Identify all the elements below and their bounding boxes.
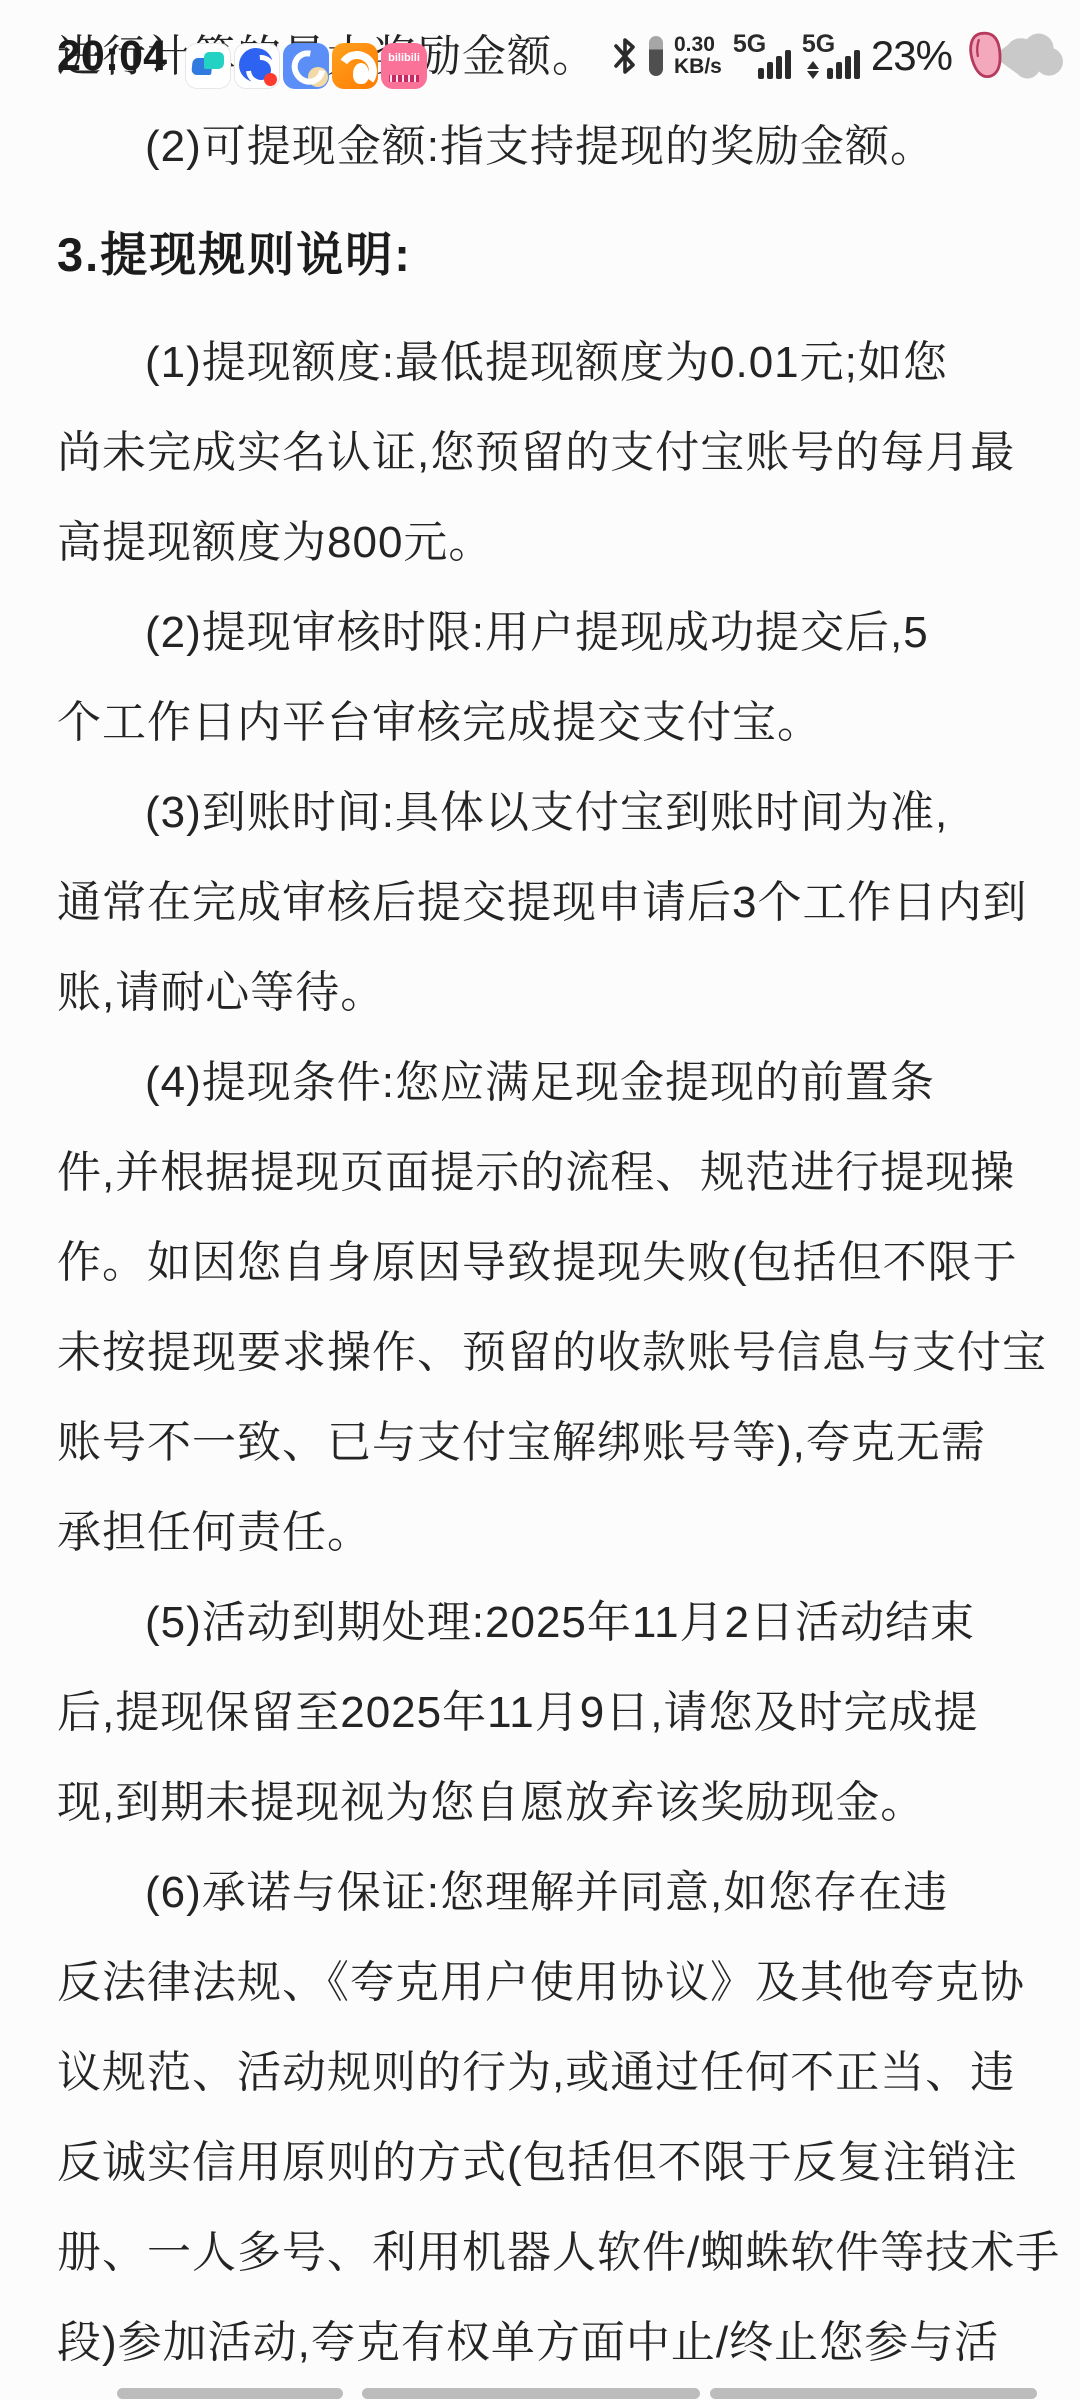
screen: 进行计算的最大奖励金额。(2)可提现金额:指支持提现的奖励金额。3.提现规则说明… <box>0 0 1080 2400</box>
text-line: (2)可提现金额:指支持提现的奖励金额。 <box>57 102 1047 192</box>
paragraph: (2)可提现金额:指支持提现的奖励金额。 <box>57 102 1047 192</box>
text-line: 账,请耐心等待。 <box>57 948 1047 1038</box>
text-line: 通常在完成审核后提交提现申请后3个工作日内到 <box>57 858 1047 948</box>
text-line: 未按提现要求操作、预留的收款账号信息与支付宝 <box>57 1308 1047 1398</box>
paragraph: (2)提现审核时限:用户提现成功提交后,5个工作日内平台审核完成提交支付宝。 <box>57 588 1047 768</box>
text-line: 尚未完成实名认证,您预留的支付宝账号的每月最 <box>57 408 1047 498</box>
text-line: (3)到账时间:具体以支付宝到账时间为准, <box>57 768 1047 858</box>
paragraph: (6)承诺与保证:您理解并同意,如您存在违反法律法规、《夸克用户使用协议》及其他… <box>57 1848 1047 2388</box>
signal-sim2: 5G <box>802 30 860 82</box>
text-line: 个工作日内平台审核完成提交支付宝。 <box>57 678 1047 768</box>
network-speed-unit: KB/s <box>674 56 722 78</box>
text-line: 反诚实信用原则的方式(包括但不限于反复注销注 <box>57 2118 1047 2208</box>
text-line: 议规范、活动规则的行为,或通过任何不正当、违 <box>57 2028 1047 2118</box>
text-line: (2)提现审核时限:用户提现成功提交后,5 <box>57 588 1047 678</box>
text-line: 账号不一致、已与支付宝解绑账号等),夸克无需 <box>57 1398 1047 1488</box>
text-line: 后,提现保留至2025年11月9日,请您及时完成提 <box>57 1668 1047 1758</box>
paragraph: (3)到账时间:具体以支付宝到账时间为准,通常在完成审核后提交提现申请后3个工作… <box>57 768 1047 1038</box>
status-time: 20:04 <box>57 32 167 81</box>
footer-button-bar[interactable] <box>710 2388 1037 2399</box>
cloud-drive-app-icon <box>283 43 329 89</box>
text-line: (5)活动到期处理:2025年11月2日活动结束 <box>57 1578 1047 1668</box>
chat-bubble-shape <box>204 52 224 69</box>
paragraph: (1)提现额度:最低提现额度为0.01元;如您尚未完成实名认证,您预留的支付宝账… <box>57 318 1047 588</box>
bluetooth-icon <box>612 34 638 78</box>
paragraph: (5)活动到期处理:2025年11月2日活动结束后,提现保留至2025年11月9… <box>57 1578 1047 1848</box>
paragraph: (4)提现条件:您应满足现金提现的前置条件,并根据提现页面提示的流程、规范进行提… <box>57 1038 1047 1578</box>
text-line: 段)参加活动,夸克有权单方面中止/终止您参与活 <box>57 2298 1047 2388</box>
text-line: 作。如因您自身原因导致提现失败(包括但不限于 <box>57 1218 1047 1308</box>
squirrel-body-shape <box>353 63 369 84</box>
status-indicators: 0.30 KB/s 5G 5G 23% <box>612 28 1075 84</box>
bluetooth-device-battery-icon <box>649 36 663 76</box>
text-line: 3.提现规则说明: <box>57 210 1047 300</box>
network-speed: 0.30 KB/s <box>674 34 722 78</box>
uc-browser-icon <box>332 43 378 89</box>
text-line: 承担任何责任。 <box>57 1488 1047 1578</box>
text-line: 反法律法规、《夸克用户使用协议》及其他夸克协 <box>57 1938 1047 2028</box>
bilibili-icon: bilibili <box>381 43 427 89</box>
network-speed-value: 0.30 <box>674 34 722 56</box>
text-line: 现,到期未提现视为您自愿放弃该奖励现金。 <box>57 1758 1047 1848</box>
text-line: 件,并根据提现页面提示的流程、规范进行提现操 <box>57 1128 1047 1218</box>
signal-bars-icon <box>827 50 860 79</box>
signal-bars-icon <box>758 50 791 79</box>
signal-sim1: 5G <box>733 30 791 82</box>
text-line: (6)承诺与保证:您理解并同意,如您存在违 <box>57 1848 1047 1938</box>
text-line: (1)提现额度:最低提现额度为0.01元;如您 <box>57 318 1047 408</box>
document-body[interactable]: 进行计算的最大奖励金额。(2)可提现金额:指支持提现的奖励金额。3.提现规则说明… <box>57 12 1047 2388</box>
battery-percent: 23% <box>871 32 952 80</box>
chat-app-icon <box>185 43 231 89</box>
section-heading: 3.提现规则说明: <box>57 210 1047 300</box>
bilibili-badge-band <box>384 72 424 85</box>
quark-browser-icon <box>234 43 280 89</box>
footer-button-bar[interactable] <box>362 2388 700 2399</box>
footer-button-bar[interactable] <box>117 2388 343 2399</box>
notification-icons: bilibili <box>185 43 427 89</box>
notification-dot <box>264 73 277 86</box>
bilibili-label: bilibili <box>381 52 427 64</box>
text-line: 高提现额度为800元。 <box>57 498 1047 588</box>
text-line: 册、一人多号、利用机器人软件/蜘蛛软件等技术手 <box>57 2208 1047 2298</box>
battery-icon <box>963 27 1075 85</box>
data-activity-arrows-icon <box>807 61 819 79</box>
text-line: (4)提现条件:您应满足现金提现的前置条 <box>57 1038 1047 1128</box>
status-bar[interactable]: 20:04 bilibili <box>0 0 1080 112</box>
